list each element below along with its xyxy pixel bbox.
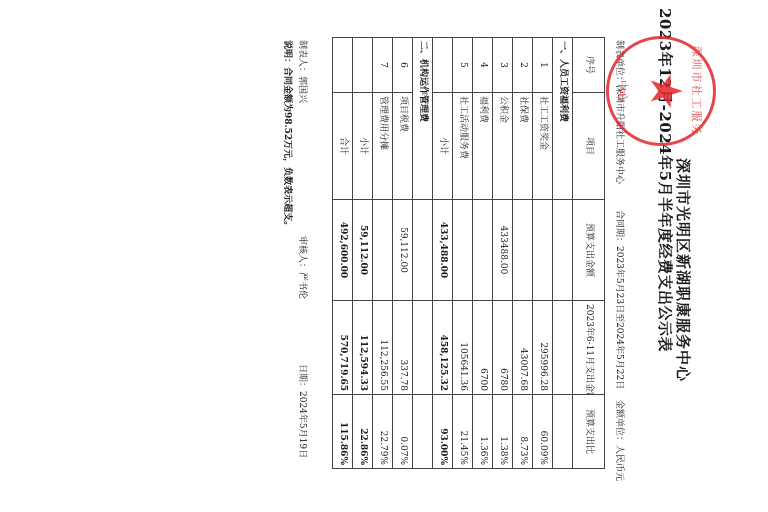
cell-item: 合计	[333, 93, 353, 200]
currency-unit: 金额单位：人民币元	[614, 400, 627, 481]
cell-seq: 6	[393, 38, 413, 93]
table-section-row: 二、机构运作管理费	[413, 38, 433, 469]
header-item: 项目	[573, 93, 605, 200]
cell-ratio: 1.36%	[473, 395, 493, 469]
cell-ratio: 8.73%	[513, 395, 533, 469]
cell-budget: 492,600.00	[333, 200, 353, 301]
table-subtotal-row: 小计59,112.00112,594.3322.86%	[353, 38, 373, 469]
cell-seq	[353, 38, 373, 93]
cell-item: 管理费用分摊	[373, 93, 393, 200]
cell-item: 社工工资奖金	[533, 93, 553, 200]
table-body: 一、人员工资福利费1社工工资奖金295996.2860.09%2社保费43007…	[333, 38, 573, 469]
preparing-unit: 制表单位：深圳市升阳社工服务中心	[614, 40, 627, 184]
cell-budget	[413, 200, 433, 301]
document-subtitle: 2023年12月-2024年5月半年度经费支出公示表	[655, 0, 676, 512]
reviewer: 审核人：严书伦	[297, 236, 310, 299]
cell-seq: 2	[513, 38, 533, 93]
report-date: 日期：2024年5月19日	[297, 364, 310, 458]
cell-ratio: 1.38%	[493, 395, 513, 469]
table-total-row: 合计492,600.00570,719.65115.86%	[333, 38, 353, 469]
cell-item: 社保费	[513, 93, 533, 200]
table-row: 5社工活动服务费105641.3621.45%	[453, 38, 473, 469]
cell-item: 项目税费	[393, 93, 413, 200]
cell-actual: 43007.68	[513, 301, 533, 395]
cell-seq	[333, 38, 353, 93]
explanation-note: 说明：合同金额为98.52万元，负数表示超支。	[282, 40, 295, 230]
cell-budget	[453, 200, 473, 301]
cell-actual: 295996.28	[533, 301, 553, 395]
table-header-row: 序号 项目 预算支出金额 2023年6-11月支出金额 预算支出比	[573, 38, 605, 469]
cell-budget	[513, 200, 533, 301]
cell-item: 社工活动服务费	[453, 93, 473, 200]
section-label: 二、机构运作管理费	[413, 38, 433, 200]
rotated-document-page: 深圳市光明区新湖职康服务中心 2023年12月-2024年5月半年度经费支出公示…	[0, 0, 768, 512]
expenditure-table: 序号 项目 预算支出金额 2023年6-11月支出金额 预算支出比 一、人员工资…	[332, 37, 605, 469]
cell-budget: 59,112.00	[393, 200, 413, 301]
table-row: 2社保费43007.688.73%	[513, 38, 533, 469]
cell-seq: 1	[533, 38, 553, 93]
cell-seq: 7	[373, 38, 393, 93]
cell-seq	[433, 38, 453, 93]
cell-actual: 6780	[493, 301, 513, 395]
cell-item: 小计	[353, 93, 373, 200]
cell-ratio: 22.86%	[353, 395, 373, 469]
cell-budget: 59,112.00	[353, 200, 373, 301]
cell-item: 小计	[433, 93, 453, 200]
table-row: 3公积金433488.0067801.38%	[493, 38, 513, 469]
table-subtotal-row: 小计433,488.00458,125.3293.00%	[433, 38, 453, 469]
cell-actual: 458,125.32	[433, 301, 453, 395]
cell-budget: 433,488.00	[433, 200, 453, 301]
table-row: 1社工工资奖金295996.2860.09%	[533, 38, 553, 469]
table-section-row: 一、人员工资福利费	[553, 38, 573, 469]
table-row: 6项目税费59,112.00337.780.07%	[393, 38, 413, 469]
contract-period: 合同期：2023年5月23日至2024年5月22日	[614, 210, 627, 389]
cell-actual: 570,719.65	[333, 301, 353, 395]
cell-budget	[553, 200, 573, 301]
cell-actual: 112,256.55	[373, 301, 393, 395]
section-label: 一、人员工资福利费	[553, 38, 573, 200]
cell-actual	[553, 301, 573, 395]
header-seq: 序号	[573, 38, 605, 93]
cell-ratio: 93.00%	[433, 395, 453, 469]
header-budget: 预算支出金额	[573, 200, 605, 301]
cell-seq: 5	[453, 38, 473, 93]
cell-seq: 4	[473, 38, 493, 93]
cell-ratio: 22.79%	[373, 395, 393, 469]
document-title: 深圳市光明区新湖职康服务中心	[673, 60, 694, 480]
cell-actual	[413, 301, 433, 395]
cell-actual: 6700	[473, 301, 493, 395]
cell-actual: 105641.36	[453, 301, 473, 395]
cell-actual: 112,594.33	[353, 301, 373, 395]
cell-budget	[373, 200, 393, 301]
cell-item: 福利费	[473, 93, 493, 200]
header-ratio: 预算支出比	[573, 395, 605, 469]
cell-ratio	[553, 395, 573, 469]
cell-ratio: 0.07%	[393, 395, 413, 469]
cell-ratio: 115.86%	[333, 395, 353, 469]
cell-budget	[533, 200, 553, 301]
preparer: 制表人：郭国兴	[297, 40, 310, 103]
table-row: 4福利费67001.36%	[473, 38, 493, 469]
cell-item: 公积金	[493, 93, 513, 200]
cell-budget: 433488.00	[493, 200, 513, 301]
cell-ratio: 21.45%	[453, 395, 473, 469]
cell-actual: 337.78	[393, 301, 413, 395]
table-row: 7管理费用分摊112,256.5522.79%	[373, 38, 393, 469]
cell-ratio	[413, 395, 433, 469]
cell-budget	[473, 200, 493, 301]
cell-ratio: 60.09%	[533, 395, 553, 469]
header-actual: 2023年6-11月支出金额	[573, 301, 605, 395]
cell-seq: 3	[493, 38, 513, 93]
